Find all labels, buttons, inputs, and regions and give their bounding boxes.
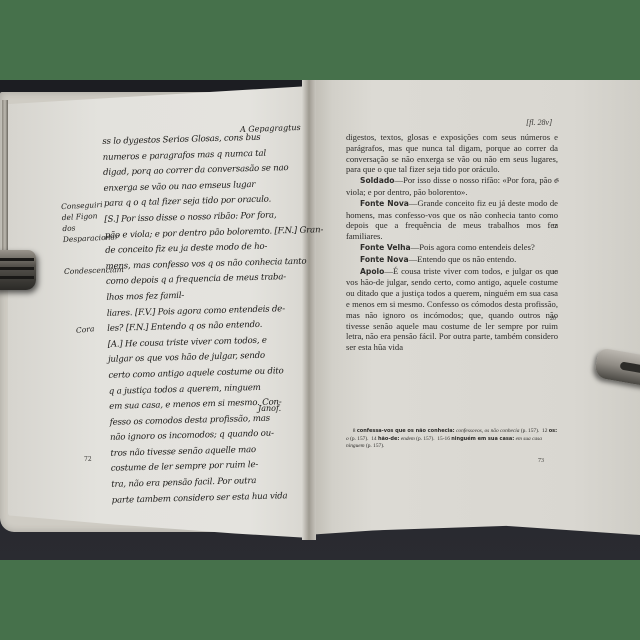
right-page-number: 73 xyxy=(538,458,544,464)
paragraph: digestos, textos, glosas e exposições co… xyxy=(346,132,558,175)
note: 14 hão-de: endem (p. 157). xyxy=(370,436,435,442)
manuscript-text: ss lo dygestos Serios Glosas, cons bus n… xyxy=(102,129,330,509)
critical-apparatus: 8 confessa-vos que os não conhecia: conf… xyxy=(346,428,558,451)
printed-text: digestos, textos, glosas e exposições co… xyxy=(346,132,558,353)
image-frame: A Gepagragtus Conseguiri del Figon dos D… xyxy=(0,0,640,640)
folio-reference: [fl. 28v] xyxy=(526,118,552,127)
page-clip-left-icon xyxy=(0,250,36,290)
manuscript-signature: Janof. xyxy=(258,404,281,413)
book-photo: A Gepagragtus Conseguiri del Figon dos D… xyxy=(0,80,640,560)
line-number: 10 xyxy=(552,224,558,230)
left-page-number: 72 xyxy=(84,456,92,463)
margin-note: Conseguiri del Figon dos Desparacionar xyxy=(61,199,107,245)
paragraph-text: —Pois agora como entendeis deles? xyxy=(411,242,535,252)
paragraph: Fonte Nova—Entendo que os não entendo. xyxy=(346,254,558,266)
paragraph: Fonte Velha—Pois agora como entendeis de… xyxy=(346,242,558,254)
paragraph: Fonte Nova—Grande conceito fiz eu já des… xyxy=(346,198,558,242)
speaker-name: Soldado xyxy=(360,176,395,185)
speaker-name: Fonte Velha xyxy=(360,243,411,252)
line-number: 15 xyxy=(552,270,558,276)
paragraph-text: —É cousa triste viver com todos, e julga… xyxy=(346,266,558,353)
paragraph: Soldado—Por isso disse o nosso rifão: «P… xyxy=(346,175,558,198)
line-number: 20 xyxy=(550,316,556,322)
speaker-name: Fonte Nova xyxy=(360,255,409,264)
margin-note: Cora xyxy=(75,323,94,336)
speaker-name: Apolo xyxy=(360,267,384,276)
note: 8 confessa-vos que os não conhecia: conf… xyxy=(346,428,539,434)
line-number: 5 xyxy=(556,178,559,184)
speaker-name: Fonte Nova xyxy=(360,199,409,208)
paragraph-text: —Entendo que os não entendo. xyxy=(409,254,517,264)
paragraph: Apolo—É cousa triste viver com todos, e … xyxy=(346,266,558,353)
paragraph-text: digestos, textos, glosas e exposições co… xyxy=(346,132,558,174)
